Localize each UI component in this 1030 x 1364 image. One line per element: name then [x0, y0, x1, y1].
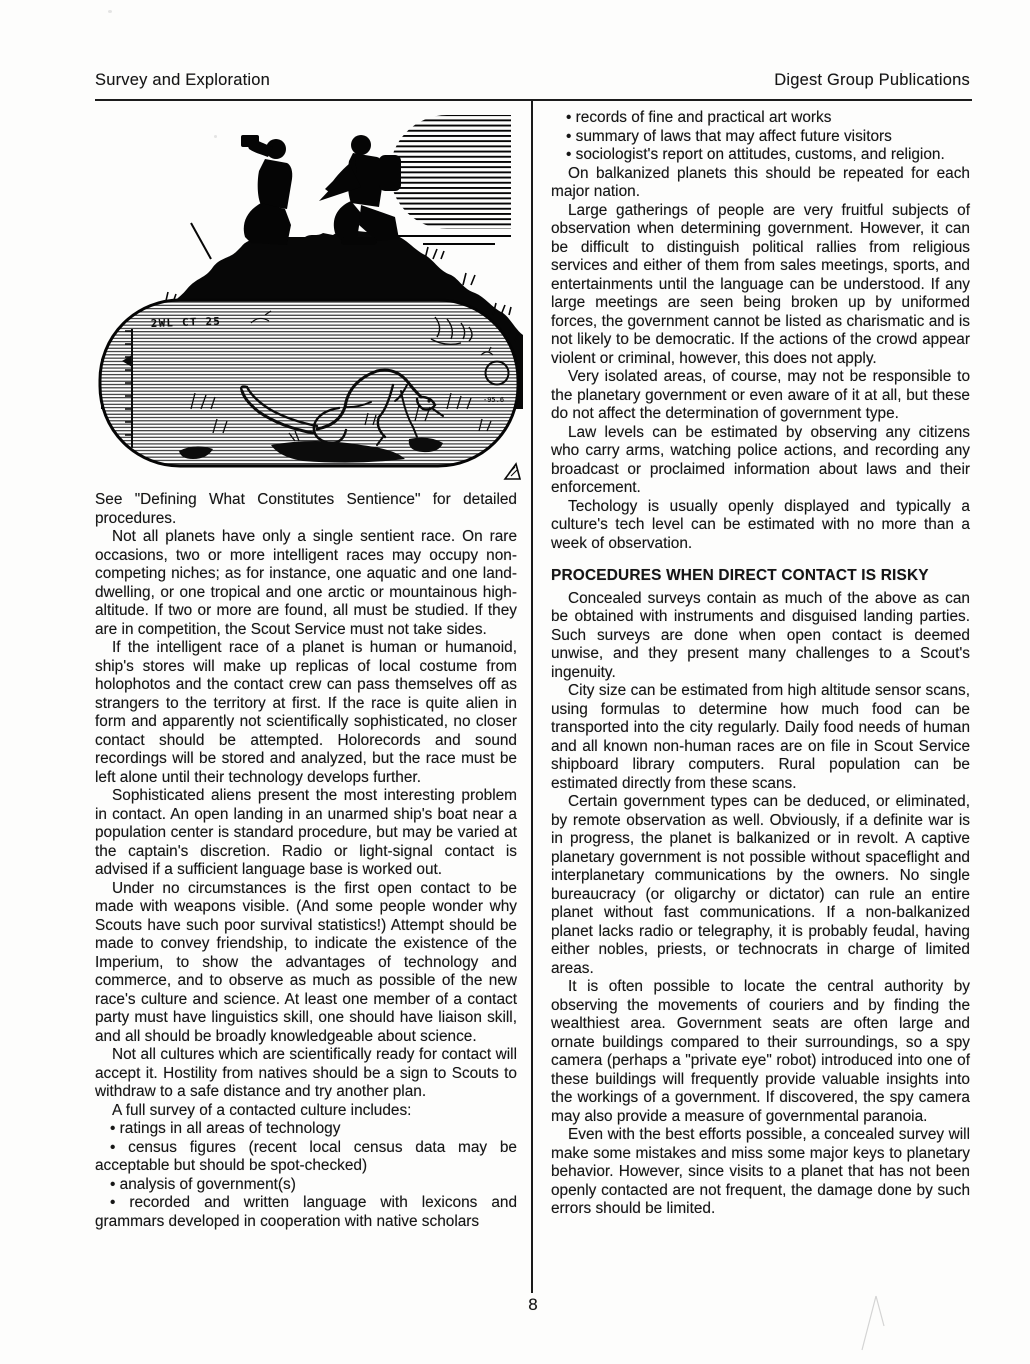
illustration-svg: 2WL CT 25 -95.6	[95, 109, 523, 485]
scouts-observation-illustration: 2WL CT 25 -95.6	[95, 109, 523, 485]
scout-left-silhouette	[241, 135, 292, 245]
paragraph: A full survey of a contacted culture inc…	[95, 1102, 517, 1121]
paragraph: Under no circumstances is the first open…	[95, 880, 517, 1047]
paragraph: Sophisticated aliens present the most in…	[95, 787, 517, 880]
paragraph: Not all cultures which are scientificall…	[95, 1046, 517, 1102]
scanned-page: Survey and Exploration Digest Group Publ…	[0, 0, 1030, 1364]
running-head-left: Survey and Exploration	[95, 71, 270, 90]
running-head-right: Digest Group Publications	[774, 71, 970, 90]
pencil-scan-artifact	[850, 1278, 900, 1358]
paragraph: Law levels can be estimated by observing…	[551, 424, 970, 498]
paragraph: City size can be estimated from high alt…	[551, 682, 970, 793]
scout-right-silhouette	[319, 135, 401, 245]
scan-readout-label: -95.6	[483, 396, 504, 404]
paragraph: It is often possible to locate the centr…	[551, 978, 970, 1126]
bullet-item: • census figures (recent local census da…	[95, 1139, 517, 1176]
paragraph: Even with the best efforts possible, a c…	[551, 1126, 970, 1219]
paragraph: On balkanized planets this should be rep…	[551, 165, 970, 202]
artist-monogram	[505, 464, 520, 479]
paragraph: If the intelligent race of a planet is h…	[95, 639, 517, 787]
paragraph: Very isolated areas, of course, may not …	[551, 368, 970, 424]
paragraph: Not all planets have only a single senti…	[95, 528, 517, 639]
bullet-item: • records of fine and practical art work…	[551, 109, 970, 128]
bullet-item: • sociologist's report on attitudes, cus…	[551, 146, 970, 165]
paragraph: Large gatherings of people are very frui…	[551, 202, 970, 369]
bullet-item: • summary of laws that may affect future…	[551, 128, 970, 147]
bullet-item: • analysis of government(s)	[95, 1176, 517, 1195]
paragraph: Certain government types can be deduced,…	[551, 793, 970, 978]
section-heading: PROCEDURES WHEN DIRECT CONTACT IS RISKY	[551, 567, 970, 586]
bullet-item: • recorded and written language with lex…	[95, 1194, 517, 1231]
paragraph: See "Defining What Constitutes Sentience…	[95, 491, 517, 528]
left-column: 2WL CT 25 -95.6 See "Defining What Const…	[95, 109, 517, 1231]
column-divider-rule	[531, 101, 533, 1293]
header-rule	[95, 99, 972, 101]
paragraph: Techology is usually openly displayed an…	[551, 498, 970, 554]
paragraph: Concealed surveys contain as much of the…	[551, 590, 970, 683]
scan-label: 2WL CT 25	[151, 316, 222, 330]
right-column: • records of fine and practical art work…	[551, 109, 970, 1219]
left-column-text: See "Defining What Constitutes Sentience…	[95, 491, 517, 1231]
page-number: 8	[503, 1295, 563, 1315]
bullet-item: • ratings in all areas of technology	[95, 1120, 517, 1139]
hatched-sun-icon	[390, 115, 511, 245]
